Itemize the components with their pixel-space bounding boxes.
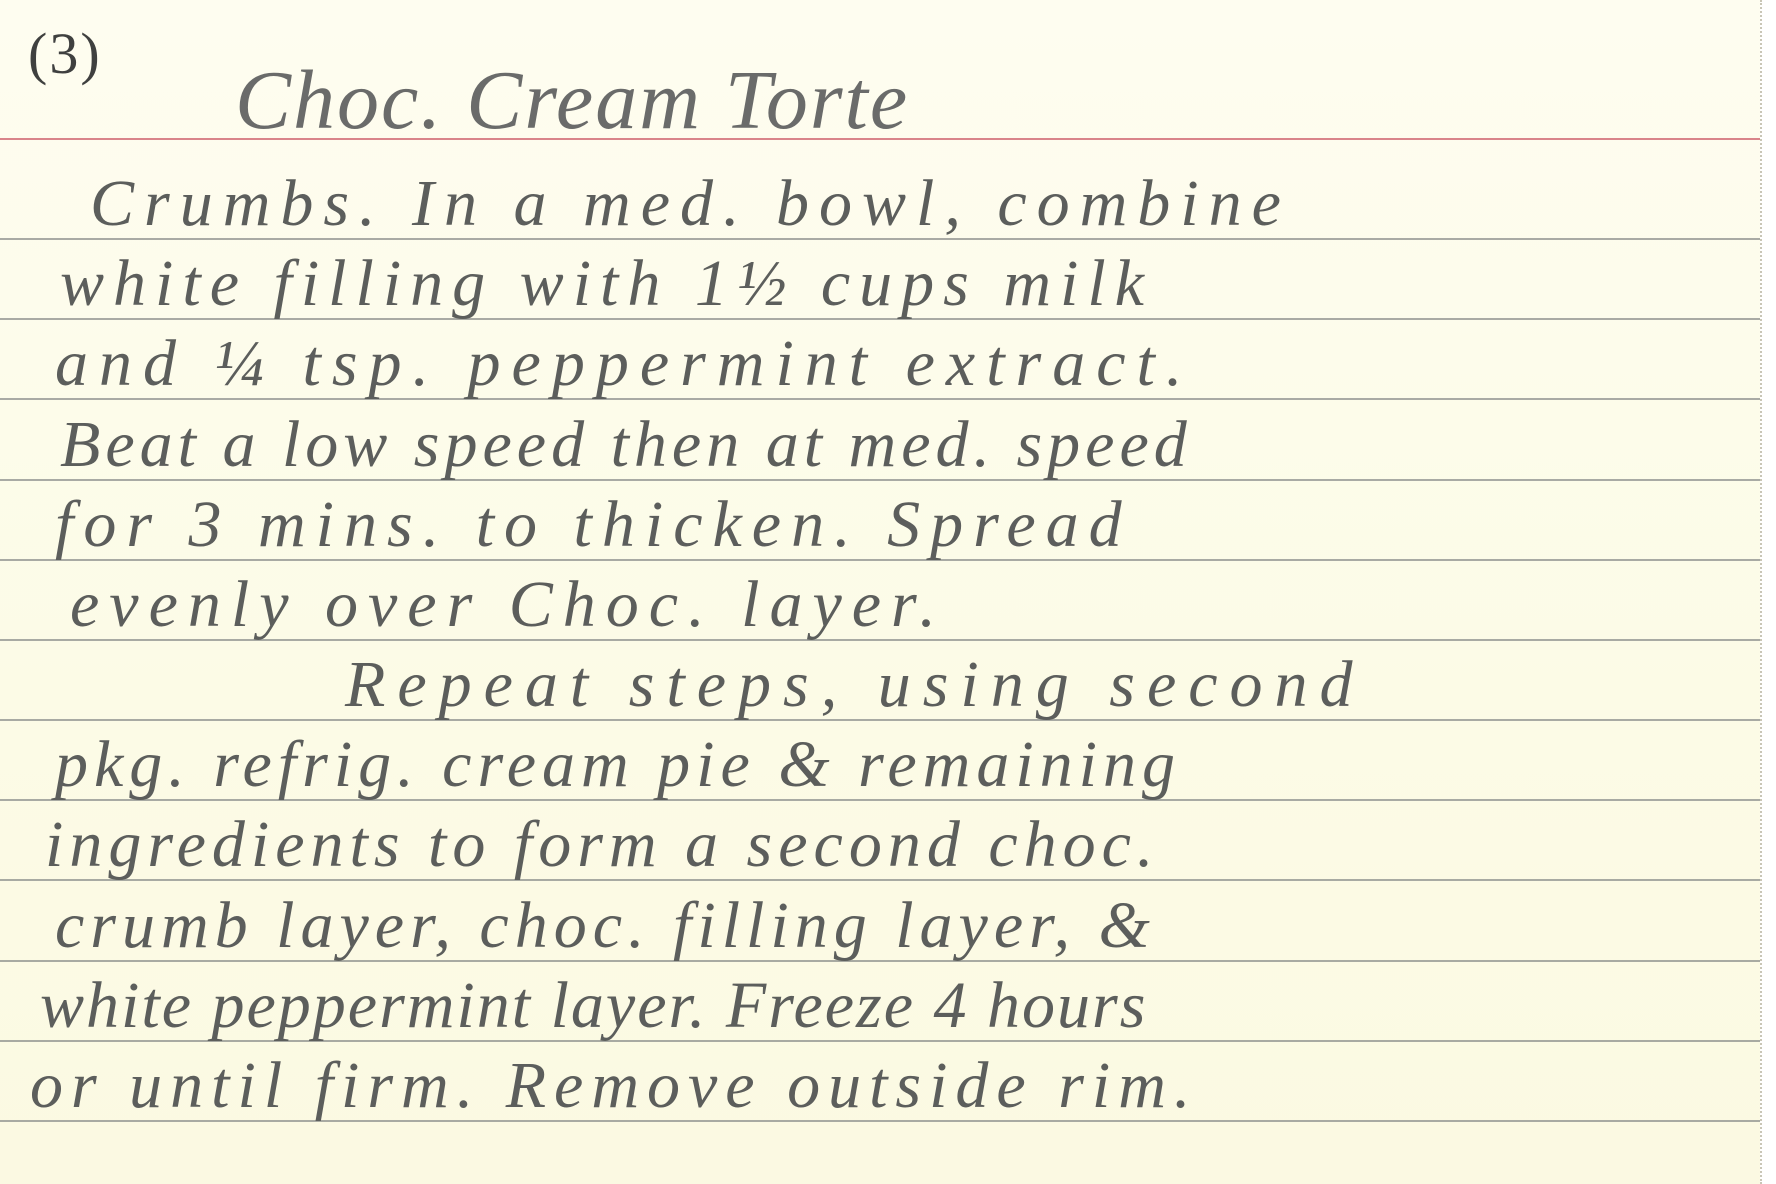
recipe-line: ingredients to form a second choc. [45, 807, 1159, 883]
recipe-line: for 3 mins. to thicken. Spread [55, 487, 1132, 563]
recipe-line: and ¼ tsp. peppermint extract. [55, 326, 1193, 402]
deckled-edge [1760, 0, 1776, 1184]
recipe-line: Beat a low speed then at med. speed [60, 407, 1192, 483]
recipe-line: crumb layer, choc. filling layer, & [55, 888, 1156, 964]
recipe-line: evenly over Choc. layer. [70, 567, 946, 643]
recipe-line: Crumbs. In a med. bowl, combine [90, 166, 1291, 242]
recipe-line: or until firm. Remove outside rim. [30, 1048, 1198, 1124]
card-number: (3) [28, 20, 102, 87]
recipe-line: Repeat steps, using second [345, 647, 1365, 723]
recipe-line: white peppermint layer. Freeze 4 hours [40, 968, 1147, 1044]
recipe-line: white filling with 1½ cups milk [60, 246, 1153, 322]
recipe-card: (3) Choc. Cream Torte Crumbs. In a med. … [0, 0, 1776, 1184]
recipe-line: pkg. refrig. cream pie & remaining [55, 727, 1181, 803]
recipe-title: Choc. Cream Torte [235, 52, 909, 149]
